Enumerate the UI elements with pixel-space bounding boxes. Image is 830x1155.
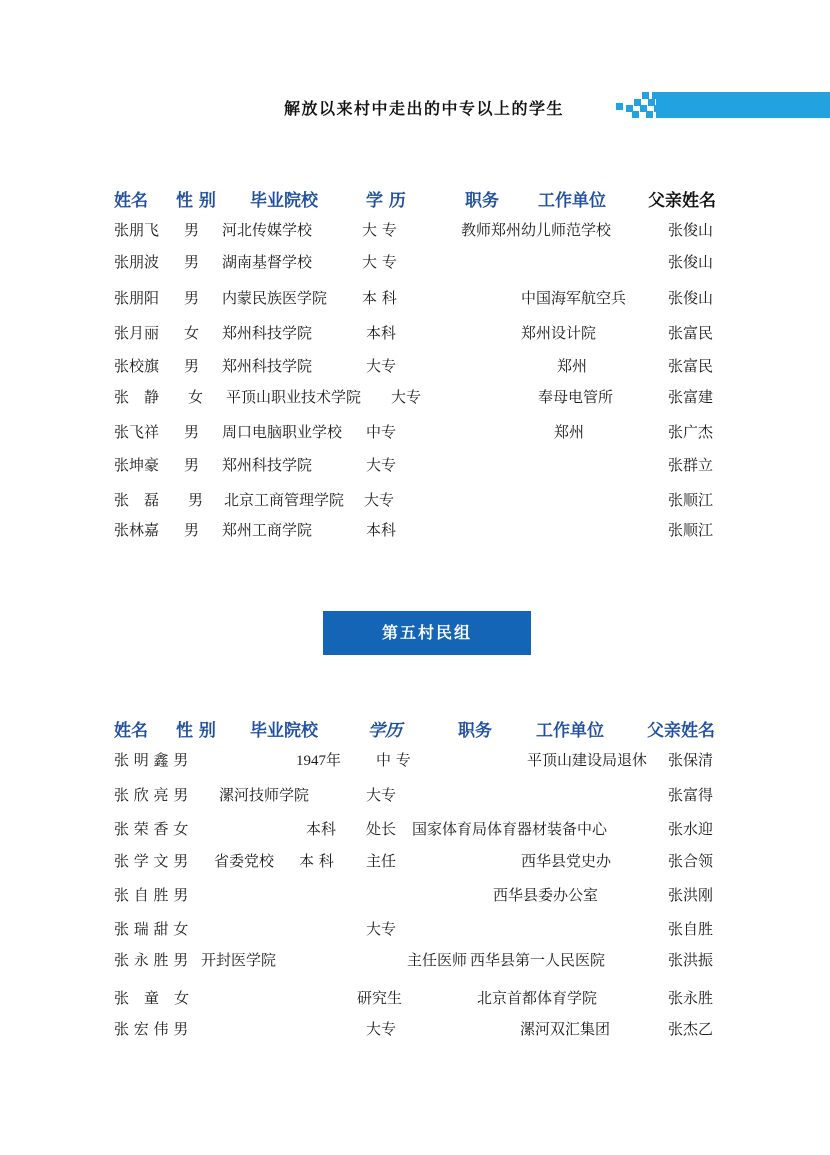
table-row: 张 自 胜 男 西华县委办公室 张洪刚 <box>0 884 830 906</box>
header-school: 毕业院校 <box>250 186 318 211</box>
cell-school: 郑州工商学院 <box>222 519 312 540</box>
cell-school: 内蒙民族医学院 <box>222 287 327 308</box>
cell-workplace: 西华县第一人民医院 <box>470 949 605 970</box>
cell-father: 张顺江 <box>668 519 713 540</box>
cell-father: 张顺江 <box>668 489 713 510</box>
table-row: 张 磊 男 北京工商管理学院 大专 张顺江 <box>0 489 830 511</box>
table-row: 张 宏 伟 男 大专 漯河双汇集团 张杰乙 <box>0 1018 830 1040</box>
cell-father: 张杰乙 <box>668 1018 713 1039</box>
header-education: 学历 <box>368 716 402 741</box>
table-row: 张坤豪 男 郑州科技学院 大专 张群立 <box>0 454 830 476</box>
cell-education: 大专 <box>364 489 394 510</box>
cell-gender: 男 <box>184 219 199 240</box>
cell-position: 主任医师 <box>407 949 467 970</box>
header-father: 父亲姓名 <box>648 186 716 211</box>
banner-bar <box>656 92 830 118</box>
cell-education: 大专 <box>391 386 421 407</box>
cell-name-gender: 张 宏 伟 男 <box>114 1018 188 1039</box>
pixel-banner-decoration <box>612 92 662 118</box>
cell-name: 张月丽 <box>114 322 159 343</box>
cell-name: 张坤豪 <box>114 454 159 475</box>
cell-father: 张俊山 <box>668 287 713 308</box>
header-education: 学 历 <box>366 186 406 211</box>
cell-gender: 男 <box>184 519 199 540</box>
cell-name: 张朋飞 <box>114 219 159 240</box>
cell-workplace: 郑州设计院 <box>521 322 596 343</box>
cell-gender: 男 <box>184 454 199 475</box>
cell-workplace: 西华县党史办 <box>521 850 611 871</box>
header-name: 姓名 <box>114 186 148 211</box>
cell-education: 本 科 <box>362 287 397 308</box>
cell-name: 张朋阳 <box>114 287 159 308</box>
cell-education: 本科 <box>366 322 396 343</box>
cell-school: 北京工商管理学院 <box>224 489 344 510</box>
table-row: 张 童 女 研究生 北京首都体育学院 张永胜 <box>0 987 830 1009</box>
cell-father: 张洪刚 <box>668 884 713 905</box>
cell-school: 省委党校 <box>214 850 274 871</box>
header-workplace: 工作单位 <box>538 186 606 211</box>
cell-father: 张富民 <box>668 322 713 343</box>
header-workplace: 工作单位 <box>536 716 604 741</box>
cell-position: 主任 <box>366 850 396 871</box>
cell-name-gender: 张 欣 亮 男 <box>114 784 188 805</box>
cell-gender: 男 <box>184 251 199 272</box>
cell-name-gender: 张 荣 香 女 <box>114 818 188 839</box>
cell-position: 处长 <box>366 818 396 839</box>
table-row: 张 学 文 男 省委党校 本 科 主任 西华县党史办 张合领 <box>0 850 830 872</box>
cell-education: 大专 <box>366 355 396 376</box>
cell-name: 张林嘉 <box>114 519 159 540</box>
cell-education: 大 专 <box>362 251 397 272</box>
cell-father: 张洪振 <box>668 949 713 970</box>
cell-school: 湖南基督学校 <box>222 251 312 272</box>
cell-workplace: 郑州 <box>557 355 587 376</box>
cell-education: 本 科 <box>299 850 334 871</box>
header-gender: 性 别 <box>176 716 216 741</box>
cell-name-gender: 张 明 鑫 男 <box>114 749 188 770</box>
cell-father: 张自胜 <box>668 918 713 939</box>
cell-father: 张富建 <box>668 386 713 407</box>
table-row: 张林嘉 男 郑州工商学院 本科 张顺江 <box>0 519 830 541</box>
cell-father: 张广杰 <box>668 421 713 442</box>
cell-workplace: 漯河双汇集团 <box>520 1018 610 1039</box>
table-row: 张朋飞 男 河北传媒学校 大 专 教师郑州幼儿师范学校 张俊山 <box>0 219 830 241</box>
cell-workplace: 西华县委办公室 <box>493 884 598 905</box>
table-row: 张朋波 男 湖南基督学校 大 专 张俊山 <box>0 251 830 273</box>
cell-gender: 女 <box>188 386 203 407</box>
cell-workplace: 郑州 <box>554 421 584 442</box>
cell-workplace: 奉母电管所 <box>538 386 613 407</box>
cell-workplace: 平顶山建设局退休 <box>527 749 647 770</box>
cell-father: 张保清 <box>668 749 713 770</box>
cell-workplace: 北京首都体育学院 <box>477 987 597 1008</box>
table-row: 张 欣 亮 男 漯河技师学院 大专 张富得 <box>0 784 830 806</box>
cell-name-gender: 张 童 女 <box>114 987 189 1008</box>
header-father: 父亲姓名 <box>647 716 715 741</box>
cell-education: 本科 <box>306 818 336 839</box>
cell-education: 大专 <box>366 1018 396 1039</box>
cell-gender: 男 <box>184 287 199 308</box>
header-name: 姓名 <box>114 716 148 741</box>
cell-education: 本科 <box>366 519 396 540</box>
header-position: 职务 <box>458 716 492 741</box>
header-gender: 性 别 <box>176 186 216 211</box>
header-school: 毕业院校 <box>250 716 318 741</box>
table-row: 张 瑞 甜 女 大专 张自胜 <box>0 918 830 940</box>
cell-education: 大专 <box>366 454 396 475</box>
cell-school: 郑州科技学院 <box>222 322 312 343</box>
page-title: 解放以来村中走出的中专以上的学生 <box>284 96 564 119</box>
cell-father: 张富得 <box>668 784 713 805</box>
cell-education: 大专 <box>366 784 396 805</box>
cell-school: 开封医学院 <box>201 949 276 970</box>
cell-name-gender: 张 自 胜 男 <box>114 884 188 905</box>
cell-father: 张富民 <box>668 355 713 376</box>
cell-name-gender: 张 学 文 男 <box>114 850 188 871</box>
cell-school: 平顶山职业技术学院 <box>226 386 361 407</box>
table-row: 张校旗 男 郑州科技学院 大专 郑州 张富民 <box>0 355 830 377</box>
table1-header: 姓名 性 别 毕业院校 学 历 职务 工作单位 父亲姓名 <box>0 186 830 210</box>
cell-gender: 男 <box>188 489 203 510</box>
table-row: 张 荣 香 女 本科 处长 国家体育局体育器材装备中心 张水迎 <box>0 818 830 840</box>
cell-father: 张俊山 <box>668 219 713 240</box>
table-row: 张月丽 女 郑州科技学院 本科 郑州设计院 张富民 <box>0 322 830 344</box>
section-label-fifth-group: 第五村民组 <box>323 611 531 655</box>
cell-school: 漯河技师学院 <box>219 784 309 805</box>
cell-education: 中 专 <box>376 749 411 770</box>
table-row: 张 静 女 平顶山职业技术学院 大专 奉母电管所 张富建 <box>0 386 830 408</box>
cell-education: 中专 <box>366 421 396 442</box>
cell-father: 张俊山 <box>668 251 713 272</box>
cell-father: 张群立 <box>668 454 713 475</box>
cell-workplace: 中国海军航空兵 <box>521 287 626 308</box>
cell-workplace: 国家体育局体育器材装备中心 <box>412 818 607 839</box>
cell-name-gender: 张 永 胜 男 <box>114 949 188 970</box>
cell-workplace: 教师郑州幼儿师范学校 <box>461 219 611 240</box>
cell-gender: 女 <box>184 322 199 343</box>
cell-name: 张校旗 <box>114 355 159 376</box>
table-row: 张 永 胜 男 开封医学院 主任医师 西华县第一人民医院 张洪振 <box>0 949 830 971</box>
cell-name: 张朋波 <box>114 251 159 272</box>
cell-father: 张水迎 <box>668 818 713 839</box>
cell-school: 河北传媒学校 <box>222 219 312 240</box>
cell-school: 郑州科技学院 <box>222 454 312 475</box>
table-row: 张飞祥 男 周口电脑职业学校 中专 郑州 张广杰 <box>0 421 830 443</box>
table-row: 张 明 鑫 男 1947年 中 专 平顶山建设局退休 张保清 <box>0 749 830 771</box>
cell-father: 张合领 <box>668 850 713 871</box>
cell-father: 张永胜 <box>668 987 713 1008</box>
cell-name-gender: 张 瑞 甜 女 <box>114 918 188 939</box>
cell-gender: 男 <box>184 421 199 442</box>
table-row: 张朋阳 男 内蒙民族医学院 本 科 中国海军航空兵 张俊山 <box>0 287 830 309</box>
cell-name: 张 磊 <box>114 489 159 510</box>
cell-year: 1947年 <box>296 749 341 770</box>
cell-education: 研究生 <box>357 987 402 1008</box>
cell-education: 大 专 <box>362 219 397 240</box>
cell-school: 郑州科技学院 <box>222 355 312 376</box>
cell-school: 周口电脑职业学校 <box>222 421 342 442</box>
cell-gender: 男 <box>184 355 199 376</box>
cell-name: 张 静 <box>114 386 159 407</box>
header-position: 职务 <box>465 186 499 211</box>
cell-name: 张飞祥 <box>114 421 159 442</box>
cell-education: 大专 <box>366 918 396 939</box>
table2-header: 姓名 性 别 毕业院校 学历 职务 工作单位 父亲姓名 <box>0 716 830 740</box>
